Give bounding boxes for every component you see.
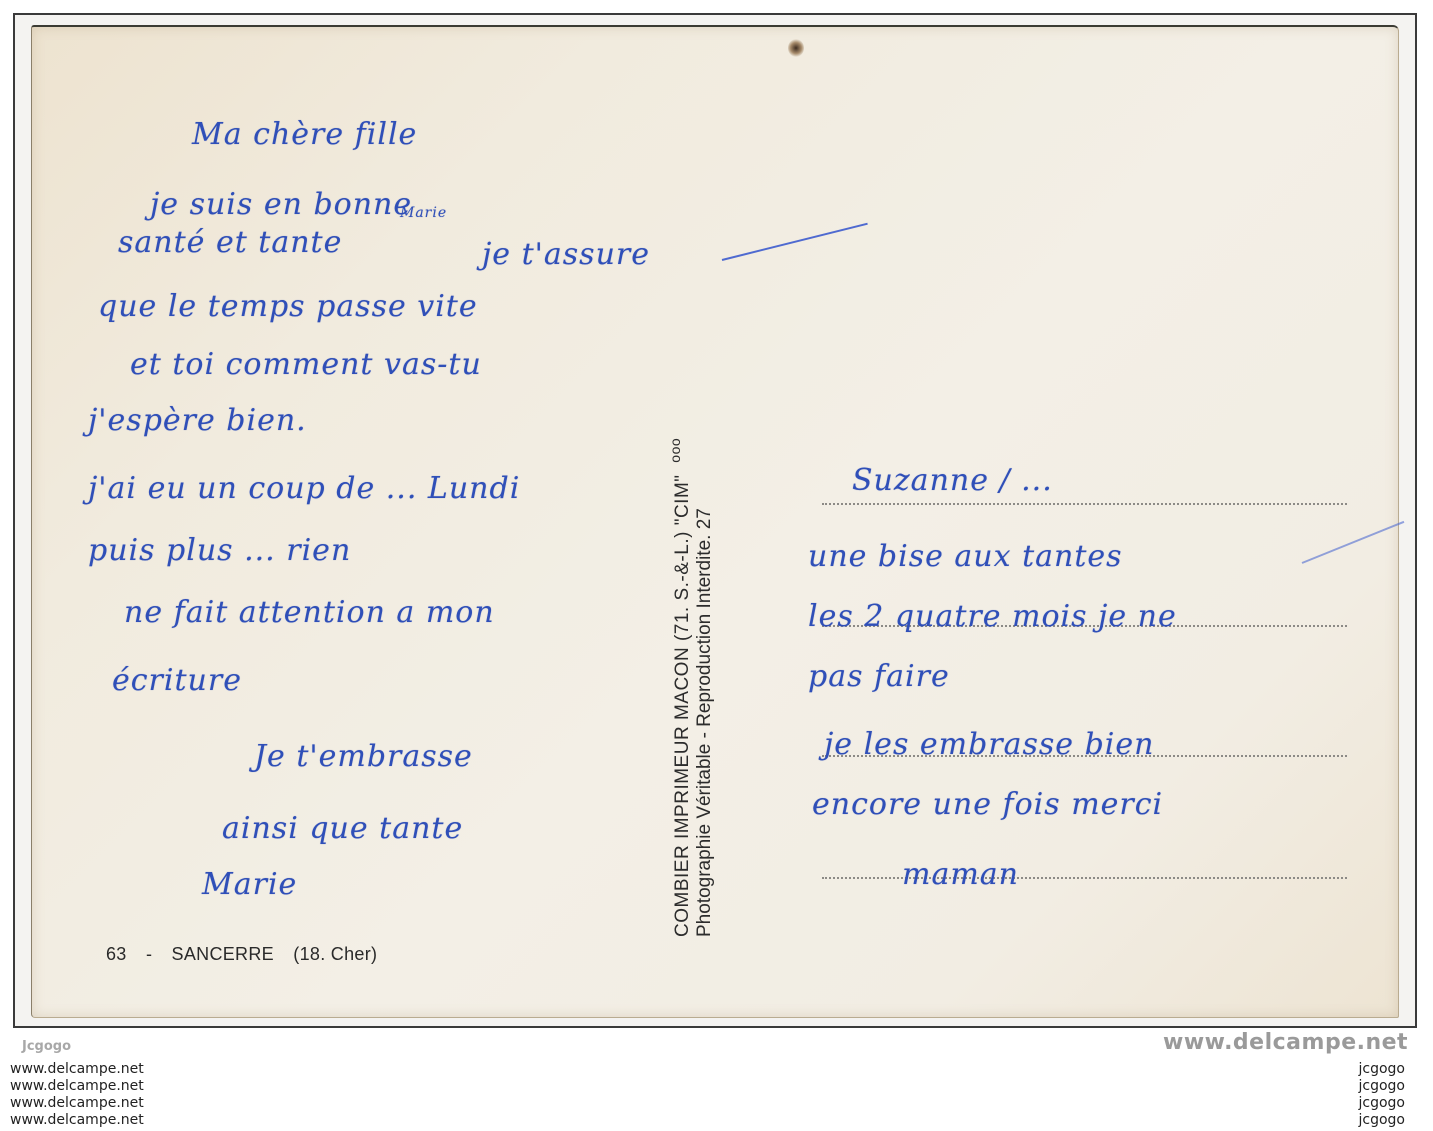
pen-stroke [1302,521,1405,564]
message-line: Marie [202,867,297,902]
message-line: puis plus ... rien [88,533,351,568]
message-line: que le temps passe vite [98,289,478,324]
message-line: ne fait attention a mon [124,595,495,630]
address-line: maman [902,857,1019,892]
message-line: écriture [112,663,242,698]
message-line: et toi comment vas-tu [130,347,482,382]
caption-place: SANCERRE [172,944,274,964]
address-line: pas faire [808,659,950,694]
message-line: santé et tante [118,225,342,260]
address-line: les 2 quatre mois je ne [808,599,1177,634]
seller-name: jcgogo [1325,1078,1405,1095]
site-link[interactable]: www.delcampe.net [10,1112,144,1129]
message-line: j'ai eu un coup de ... Lundi [88,471,520,506]
address-line-divider [822,503,1347,505]
publisher-line-1: COMBIER IMPRIMEUR MACON (71. S.-&-L.) "C… [672,474,693,937]
address-line: je les embrasse bien [824,727,1154,762]
site-link[interactable]: www.delcampe.net [10,1095,144,1112]
message-line: j'espère bien. [88,403,307,438]
site-watermark: www.delcampe.net [1163,1030,1408,1055]
site-link[interactable]: www.delcampe.net [10,1061,144,1078]
postcard-frame: Ma chère fille je suis en bonne santé et… [13,13,1417,1028]
message-insert-continue: je t'assure [482,237,650,272]
site-list: www.delcampe.net www.delcampe.net www.de… [10,1061,144,1129]
caption-department: (18. Cher) [293,944,377,964]
message-line: ainsi que tante [222,811,463,846]
address-line: une bise aux tantes [808,539,1123,574]
message-line: je suis en bonne [150,187,412,222]
postcard-caption: 63 - SANCERRE (18. Cher) [106,944,391,965]
publisher-imprint: COMBIER IMPRIMEUR MACON (71. S.-&-L.) "C… [672,438,715,937]
caption-dash: - [146,944,152,964]
address-line: encore une fois merci [812,787,1163,822]
publisher-mark: ooo [667,438,683,463]
message-line: Je t'embrasse [254,739,473,774]
site-link[interactable]: www.delcampe.net [10,1078,144,1095]
seller-name: jcgogo [1325,1095,1405,1112]
message-line: Ma chère fille [192,117,417,152]
caption-number: 63 [106,944,127,964]
seller-name: jcgogo [1325,1061,1405,1078]
pin-hole [788,39,804,57]
message-insert: Marie [400,205,447,221]
seller-watermark: Jcgogo [22,1039,71,1054]
address-line-divider [822,877,1347,879]
postcard-back: Ma chère fille je suis en bonne santé et… [31,25,1399,1018]
address-line: Suzanne / ... [852,463,1053,498]
seller-name: jcgogo [1325,1112,1405,1129]
pen-stroke [722,223,868,261]
publisher-line-2: Photographie Véritable - Reproduction In… [694,438,715,937]
seller-list: jcgogo jcgogo jcgogo jcgogo [1325,1061,1405,1129]
